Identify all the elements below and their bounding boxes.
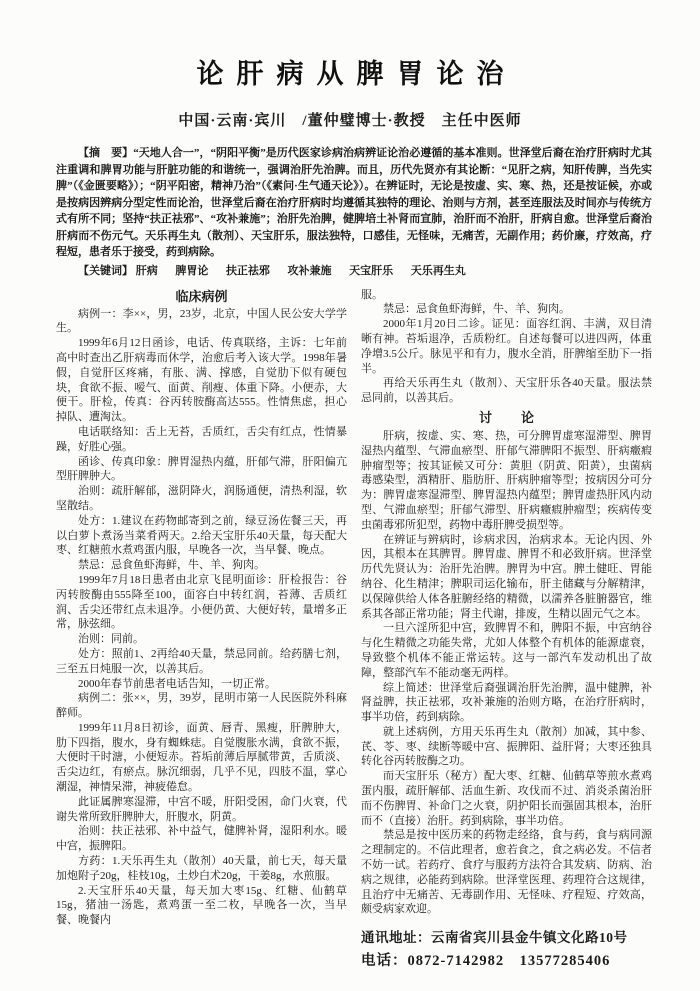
contact-footer: 通讯地址：云南省宾川县金牛镇文化路10号 电话：0872-7142982 135… (361, 927, 652, 973)
left-column: 临床病例 病例一：李××，男，23岁，北京，中国人民公安大学学生。1999年6月… (56, 288, 347, 974)
case-paragraph: 1999年6月12日函诊，电话、传真联络，主诉：七年前高中时查出乙肝病毒而休学，… (56, 336, 347, 425)
case-paragraph: 电话联络知：舌上无苔，舌质红，舌尖有红点，性情暴躁，好胜心强。 (56, 425, 347, 455)
case-paragraph: 治则：疏肝解郁，滋阴降火，润肠通便，清热利湿，软坚散结。 (56, 484, 347, 514)
contact-address: 通讯地址：云南省宾川县金牛镇文化路10号 (361, 927, 652, 949)
right-column: 服。 禁忌：忌食鱼虾海鲜，牛、羊、狗肉。2000年1月20日二诊。证见：面容红润… (361, 288, 652, 974)
keyword: 天宝肝乐 (349, 265, 393, 277)
case-paragraph: 病例一：李××，男，23岁，北京，中国人民公安大学学生。 (56, 307, 347, 337)
discussion-paragraph: 一旦六淫所犯中宫，致脾胃不和，脾阳不振，中宫纳谷与化生精微之功能失常，尤如人体整… (361, 621, 652, 680)
case-text-continued: 禁忌：忌食鱼虾海鲜，牛、羊、狗肉。2000年1月20日二诊。证见：面容红润、丰满… (361, 302, 652, 406)
clinical-cases-heading: 临床病例 (56, 288, 347, 305)
abstract: 【摘 要】“天地人合一”，“阴阳平衡”是历代医家诊病治病辨证论治必遵循的基本准则… (56, 145, 652, 261)
discussion-paragraph: 而天宝肝乐（秘方）配大枣、红糖、仙鹤草等煎水煮鸡蛋内服，疏肝解郁、活血生新、攻伐… (361, 769, 652, 828)
abstract-label: 【摘 要】 (78, 147, 133, 159)
case-paragraph: 方药：1.天乐再生丸（散剂）40天量，前七天，每天量加炮附子20g，桂枝10g，… (56, 854, 347, 884)
discussion-text: 肝病，按虚、实、寒、热，可分脾胃虚寒湿滞型、脾胃湿热内蕴型、气滞血瘀型、肝郁气滞… (361, 429, 652, 917)
keywords-label: 【关键词】 (78, 265, 133, 277)
case-paragraph: 2000年春节前患者电话告知，一切正常。 (56, 677, 347, 692)
case-paragraph: 1999年11月8日初诊，面黄、唇青、黑瘦，肝脾肿大，肋下四指，腹水，身有蜘蛛痣… (56, 721, 347, 795)
keyword: 天乐再生丸 (411, 265, 466, 277)
keywords-list: 肝病脾胃论扶正祛邪攻补兼施天宝肝乐天乐再生丸 (136, 265, 466, 277)
case-paragraph: 处方：1.建议在药物邮寄到之前，绿豆汤佐餐三天，再以白萝卜煮汤当菜肴两天。2.给… (56, 514, 347, 558)
abstract-text: “天地人合一”，“阴阳平衡”是历代医家诊病治病辨证论治必遵循的基本准则。世泽堂后… (56, 147, 652, 258)
discussion-paragraph: 在辨证与辨病时，诊病求因，治病求本。无论内因、外因，其根本在其脾胃。脾胃虚、脾胃… (361, 533, 652, 622)
phone-numbers: 0872-7142982 13577285406 (408, 953, 611, 969)
case-paragraph: 2.天宝肝乐40天量，每天加大枣15g、红糖、仙鹤草15g，猪油一汤匙，煮鸡蛋一… (56, 884, 347, 928)
continuation-paragraph: 服。 (361, 288, 652, 303)
discussion-paragraph: 综上简述：世泽堂后裔强调治肝先治脾，温中健脾，补肾益脾，扶正祛邪，攻补兼施的治则… (361, 681, 652, 725)
keywords-line: 【关键词】 肝病脾胃论扶正祛邪攻补兼施天宝肝乐天乐再生丸 (56, 263, 652, 280)
case-paragraph: 禁忌：忌食鱼虾海鲜，牛、羊、狗肉。 (56, 558, 347, 573)
byline: 中国·云南·宾川 /董仲璧博士·教授 主任中医师 (0, 109, 700, 130)
case-paragraph: 禁忌：忌食鱼虾海鲜，牛、羊、狗肉。 (361, 302, 652, 317)
case-paragraph: 治则：同前。 (56, 632, 347, 647)
keyword: 攻补兼施 (288, 265, 332, 277)
case-paragraph: 治则：扶正祛邪、补中益气，健脾补肾，湿阳利水。暖中宫，振脾阳。 (56, 824, 347, 854)
keyword: 肝病 (136, 265, 158, 277)
address-label: 通讯地址： (361, 930, 431, 945)
case-paragraph: 此证属脾寒湿滞，中宫不暖，肝阳受困，命门火衰，代谢失常所致肝脾肿大，肝腹水，阴黄… (56, 795, 347, 825)
discussion-heading: 讨 论 (361, 409, 652, 427)
scanned-article-page: 论肝病从脾胃论治 中国·云南·宾川 /董仲璧博士·教授 主任中医师 【摘 要】“… (0, 0, 700, 991)
discussion-paragraph: 肝病，按虚、实、寒、热，可分脾胃虚寒湿滞型、脾胃湿热内蕴型、气滞血瘀型、肝郁气滞… (361, 429, 652, 533)
page-title: 论肝病从脾胃论治 (0, 52, 700, 91)
phone-label: 电话： (361, 953, 408, 969)
front-matter: 【摘 要】“天地人合一”，“阴阳平衡”是历代医家诊病治病辨证论治必遵循的基本准则… (56, 145, 652, 280)
contact-phone: 电话：0872-7142982 13577285406 (361, 949, 652, 973)
case-paragraph: 1999年7月18日患者由北京飞昆明面诊：肝检报告：谷丙转胺酶由555降至100… (56, 573, 347, 632)
two-column-body: 临床病例 病例一：李××，男，23岁，北京，中国人民公安大学学生。1999年6月… (56, 288, 652, 974)
clinical-cases-text: 病例一：李××，男，23岁，北京，中国人民公安大学学生。1999年6月12日函诊… (56, 307, 347, 928)
address-value: 云南省宾川县金牛镇文化路10号 (431, 930, 628, 945)
case-paragraph: 函诊、传真印象：脾胃湿热内蕴，肝郁气滞，肝阳偏亢型肝脾肿大。 (56, 455, 347, 485)
case-paragraph: 再给天乐再生丸（散剂）、天宝肝乐各40天量。服法禁忌同前，以善其后。 (361, 376, 652, 406)
discussion-paragraph: 就上述病例，方用天乐再生丸（散剂）加减，其中参、芪、苓、枣、续断等暖中宫、振脾阳… (361, 725, 652, 769)
case-paragraph: 处方：照前1、2再给40天量，禁忌同前。给药膳七剂，三至五日炖服一次，以善其后。 (56, 647, 347, 677)
keyword: 脾胃论 (175, 265, 208, 277)
case-paragraph: 2000年1月20日二诊。证见：面容红润、丰满，双目清晰有神。苔垢退净，舌质粉红… (361, 317, 652, 376)
case-paragraph: 病例二：张××，男，39岁，昆明市第一人民医院外科麻醉师。 (56, 691, 347, 721)
discussion-paragraph: 禁忌是按中医历来的药物走经络，食与药，食与病同源之理制定的。不信此理者，愈若食之… (361, 828, 652, 917)
keyword: 扶正祛邪 (226, 265, 270, 277)
